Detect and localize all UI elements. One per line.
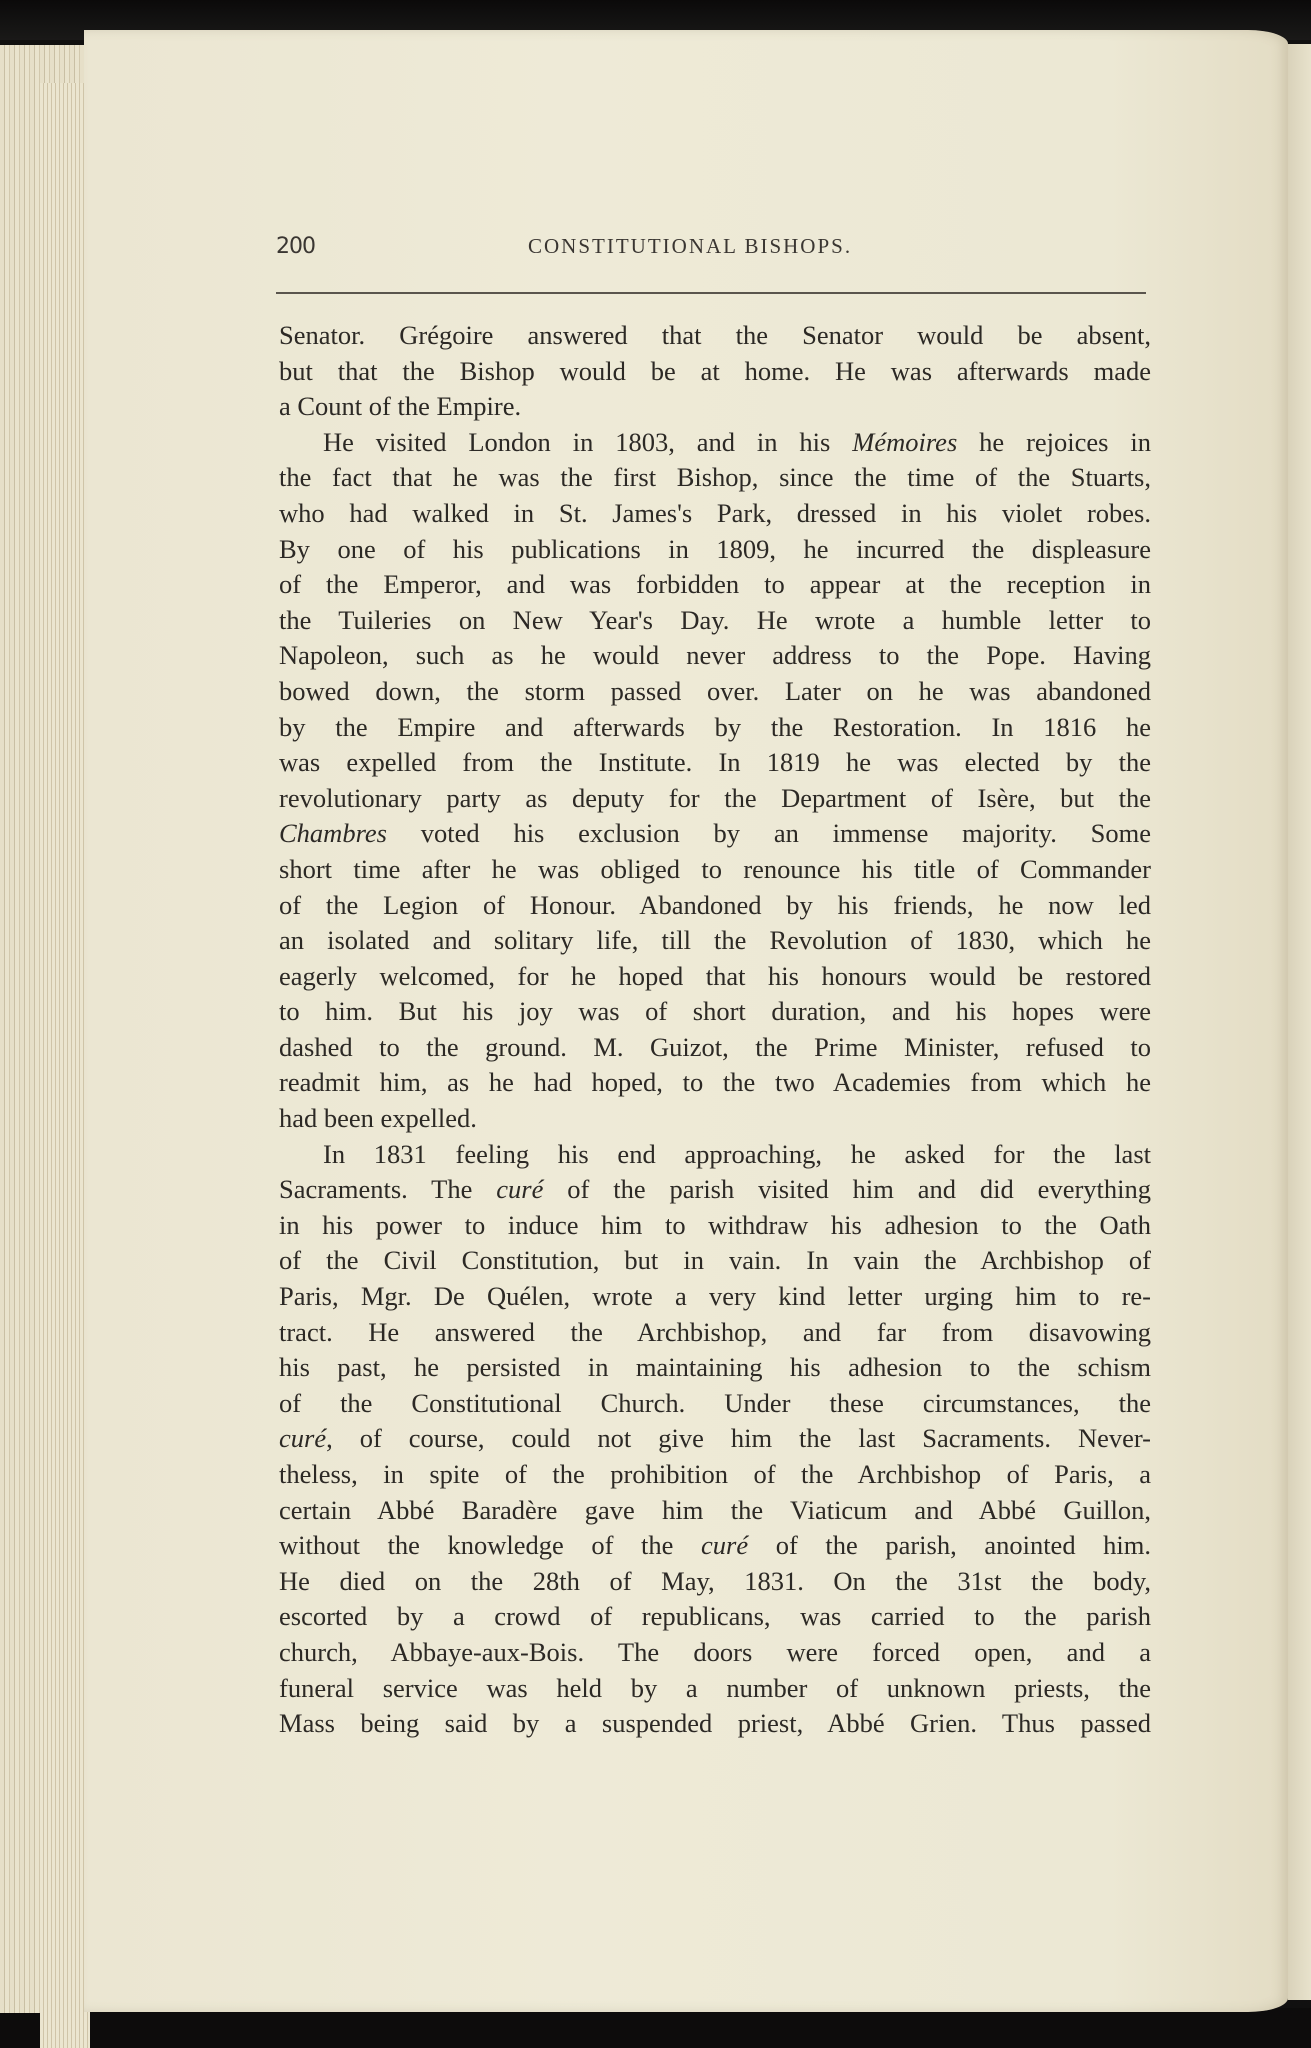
text-line: but that the Bishop would be at home. He… [279, 354, 1151, 390]
text-line: escorted by a crowd of republicans, was … [279, 1599, 1151, 1635]
text-line: church, Abbaye-aux-Bois. The doors were … [279, 1635, 1151, 1671]
text-line: In 1831 feeling his end approaching, he … [279, 1137, 1151, 1173]
header-rule [276, 292, 1146, 294]
text-line: of the Civil Constitution, but in vain. … [279, 1243, 1151, 1279]
text-line: to him. But his joy was of short duratio… [279, 994, 1151, 1030]
text-line: bowed down, the storm passed over. Later… [279, 674, 1151, 710]
text-line: Napoleon, such as he would never address… [279, 638, 1151, 674]
text-line: of the Emperor, and was forbidden to app… [279, 567, 1151, 603]
text-line: the Tuileries on New Year's Day. He wrot… [279, 603, 1151, 639]
text-line: tract. He answered the Archbishop, and f… [279, 1315, 1151, 1351]
text-line: eagerly welcomed, for he hoped that his … [279, 959, 1151, 995]
text-line: who had walked in St. James's Park, dres… [279, 496, 1151, 532]
italic-term: Chambres [279, 818, 387, 848]
text-segment: he rejoices in [957, 427, 1151, 457]
book-page-edge-right [1288, 44, 1311, 2000]
text-line: funeral service was held by a number of … [279, 1671, 1151, 1707]
text-segment: , of course, could not give him the last… [326, 1423, 1151, 1453]
text-line: He visited London in 1803, and in his Mé… [279, 425, 1151, 461]
text-segment: without the knowledge of the [279, 1530, 701, 1560]
text-line: He died on the 28th of May, 1831. On the… [279, 1564, 1151, 1600]
text-line: a Count of the Empire. [279, 389, 1151, 425]
text-line: Chambres voted his exclusion by an immen… [279, 816, 1151, 852]
running-title: CONSTITUTIONAL BISHOPS. [528, 234, 852, 259]
text-segment: of the parish, anointed him. [748, 1530, 1151, 1560]
text-segment: Sacraments. The [279, 1174, 496, 1204]
text-line: by the Empire and afterwards by the Rest… [279, 710, 1151, 746]
text-line: in his power to induce him to withdraw h… [279, 1208, 1151, 1244]
text-line: was expelled from the Institute. In 1819… [279, 745, 1151, 781]
italic-term: curé [279, 1423, 326, 1453]
text-line: the fact that he was the first Bishop, s… [279, 460, 1151, 496]
text-line: his past, he persisted in maintaining hi… [279, 1350, 1151, 1386]
text-line: dashed to the ground. M. Guizot, the Pri… [279, 1030, 1151, 1066]
text-line: an isolated and solitary life, till the … [279, 923, 1151, 959]
text-line: certain Abbé Baradère gave him the Viati… [279, 1493, 1151, 1529]
book-page-edges-left [0, 45, 90, 2013]
text-line: without the knowledge of the curé of the… [279, 1528, 1151, 1564]
text-line: Mass being said by a suspended priest, A… [279, 1706, 1151, 1742]
text-segment: voted his exclusion by an immense majori… [387, 818, 1151, 848]
text-segment: He visited London in 1803, and in his [323, 427, 852, 457]
italic-term: curé [701, 1530, 748, 1560]
text-line: curé, of course, could not give him the … [279, 1421, 1151, 1457]
text-line: short time after he was obliged to renou… [279, 852, 1151, 888]
book-page-edges-inner [40, 83, 90, 2048]
page-number: 200 [276, 234, 315, 259]
text-segment: of the parish visited him and did everyt… [543, 1174, 1151, 1204]
text-line: Paris, Mgr. De Quélen, wrote a very kind… [279, 1279, 1151, 1315]
scan-background-bottom [0, 2008, 1311, 2048]
text-line: revolutionary party as deputy for the De… [279, 781, 1151, 817]
text-line: of the Legion of Honour. Abandoned by hi… [279, 888, 1151, 924]
text-line: Senator. Grégoire answered that the Sena… [279, 318, 1151, 354]
text-line: By one of his publications in 1809, he i… [279, 532, 1151, 568]
italic-term: Mémoires [852, 427, 957, 457]
italic-term: curé [496, 1174, 543, 1204]
running-head: 200 CONSTITUTIONAL BISHOPS. [276, 234, 1146, 264]
text-line: Sacraments. The curé of the parish visit… [279, 1172, 1151, 1208]
text-line: theless, in spite of the prohibition of … [279, 1457, 1151, 1493]
body-text: Senator. Grégoire answered that the Sena… [279, 318, 1151, 1742]
text-line: had been expelled. [279, 1101, 1151, 1137]
text-line: of the Constitutional Church. Under thes… [279, 1386, 1151, 1422]
text-line: readmit him, as he had hoped, to the two… [279, 1065, 1151, 1101]
